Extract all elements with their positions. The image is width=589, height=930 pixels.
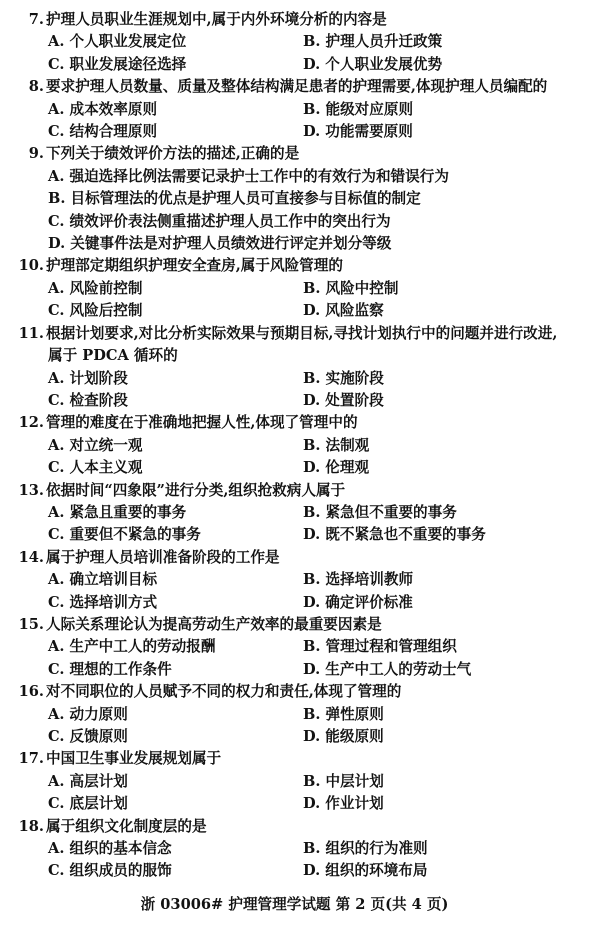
option-d: D. 既不紧急也不重要的事务 [303, 524, 589, 546]
option-b: B. 目标管理法的优点是护理人员可直接参与目标值的制定 [0, 188, 589, 210]
question-11: 11. 根据计划要求,对比分析实际效果与预期目标,寻找计划执行中的问题并进行改进… [0, 323, 589, 413]
question-text: 管理的难度在于准确地把握人性,体现了管理中的 [46, 412, 358, 434]
options-row: A. 对立统一观 B. 法制观 [0, 435, 589, 457]
question-number: 7. [0, 9, 46, 31]
option-c: C. 底层计划 [48, 793, 303, 815]
option-a: A. 紧急且重要的事务 [48, 502, 303, 524]
question-14: 14. 属于护理人员培训准备阶段的工作是 A. 确立培训目标 B. 选择培训教师… [0, 547, 589, 614]
option-b: B. 弹性原则 [303, 704, 589, 726]
option-d: D. 伦理观 [303, 457, 589, 479]
question-18: 18. 属于组织文化制度层的是 A. 组织的基本信念 B. 组织的行为准则 C.… [0, 816, 589, 883]
options-row: C. 重要但不紧急的事务 D. 既不紧急也不重要的事务 [0, 524, 589, 546]
option-c: C. 职业发展途径选择 [48, 54, 303, 76]
option-b: B. 能级对应原则 [303, 99, 589, 121]
question-stem-line: 17. 中国卫生事业发展规划属于 [0, 748, 589, 770]
option-b: B. 中层计划 [303, 771, 589, 793]
question-text: 人际关系理论认为提高劳动生产效率的最重要因素是 [46, 614, 382, 636]
question-15: 15. 人际关系理论认为提高劳动生产效率的最重要因素是 A. 生产中工人的劳动报… [0, 614, 589, 681]
question-9: 9. 下列关于绩效评价方法的描述,正确的是 A. 强迫选择比例法需要记录护士工作… [0, 143, 589, 255]
question-number: 13. [0, 480, 46, 502]
question-stem-line: 9. 下列关于绩效评价方法的描述,正确的是 [0, 143, 589, 165]
question-stem-line: 16. 对不同职位的人员赋予不同的权力和责任,体现了管理的 [0, 681, 589, 703]
question-text: 属于组织文化制度层的是 [46, 816, 207, 838]
option-a: A. 对立统一观 [48, 435, 303, 457]
question-text: 护理部定期组织护理安全查房,属于风险管理的 [46, 255, 343, 277]
question-text: 对不同职位的人员赋予不同的权力和责任,体现了管理的 [46, 681, 401, 703]
question-number: 18. [0, 816, 46, 838]
question-text: 属于护理人员培训准备阶段的工作是 [46, 547, 280, 569]
option-d: D. 风险监察 [303, 300, 589, 322]
option-b: B. 实施阶段 [303, 368, 589, 390]
option-d: D. 生产中工人的劳动士气 [303, 659, 589, 681]
option-c: C. 选择培训方式 [48, 592, 303, 614]
page-footer: 浙 03006# 护理管理学试题 第 2 页(共 4 页) [0, 894, 589, 916]
question-number: 15. [0, 614, 46, 636]
question-16: 16. 对不同职位的人员赋予不同的权力和责任,体现了管理的 A. 动力原则 B.… [0, 681, 589, 748]
question-text: 下列关于绩效评价方法的描述,正确的是 [46, 143, 299, 165]
exam-paper-page: 7. 护理人员职业生涯规划中,属于内外环境分析的内容是 A. 个人职业发展定位 … [0, 0, 589, 930]
options-row: A. 紧急且重要的事务 B. 紧急但不重要的事务 [0, 502, 589, 524]
question-stem-line: 13. 依据时间“四象限”进行分类,组织抢救病人属于 [0, 480, 589, 502]
question-stem-line: 8. 要求护理人员数量、质量及整体结构满足患者的护理需要,体现护理人员编配的 [0, 76, 589, 98]
question-8: 8. 要求护理人员数量、质量及整体结构满足患者的护理需要,体现护理人员编配的 A… [0, 76, 589, 143]
question-number: 9. [0, 143, 46, 165]
option-a: A. 确立培训目标 [48, 569, 303, 591]
options-row: C. 反馈原则 D. 能级原则 [0, 726, 589, 748]
option-a: A. 生产中工人的劳动报酬 [48, 636, 303, 658]
question-stem-line: 12. 管理的难度在于准确地把握人性,体现了管理中的 [0, 412, 589, 434]
option-d: D. 能级原则 [303, 726, 589, 748]
question-stem-line: 10. 护理部定期组织护理安全查房,属于风险管理的 [0, 255, 589, 277]
question-stem-line: 11. 根据计划要求,对比分析实际效果与预期目标,寻找计划执行中的问题并进行改进… [0, 323, 589, 345]
option-d: D. 确定评价标准 [303, 592, 589, 614]
option-b: B. 风险中控制 [303, 278, 589, 300]
option-a: A. 个人职业发展定位 [48, 31, 303, 53]
option-b: B. 紧急但不重要的事务 [303, 502, 589, 524]
options-row: A. 成本效率原则 B. 能级对应原则 [0, 99, 589, 121]
option-d: D. 个人职业发展优势 [303, 54, 589, 76]
option-a: A. 高层计划 [48, 771, 303, 793]
option-c: C. 人本主义观 [48, 457, 303, 479]
question-text: 根据计划要求,对比分析实际效果与预期目标,寻找计划执行中的问题并进行改进, [46, 323, 557, 345]
question-stem-line: 18. 属于组织文化制度层的是 [0, 816, 589, 838]
options-row: C. 人本主义观 D. 伦理观 [0, 457, 589, 479]
question-text: 依据时间“四象限”进行分类,组织抢救病人属于 [46, 480, 345, 502]
question-13: 13. 依据时间“四象限”进行分类,组织抢救病人属于 A. 紧急且重要的事务 B… [0, 480, 589, 547]
question-number: 8. [0, 76, 46, 98]
question-17: 17. 中国卫生事业发展规划属于 A. 高层计划 B. 中层计划 C. 底层计划… [0, 748, 589, 815]
options-row: A. 动力原则 B. 弹性原则 [0, 704, 589, 726]
option-a: A. 动力原则 [48, 704, 303, 726]
options-row: A. 高层计划 B. 中层计划 [0, 771, 589, 793]
option-c: C. 反馈原则 [48, 726, 303, 748]
options-row: A. 风险前控制 B. 风险中控制 [0, 278, 589, 300]
options-row: A. 确立培训目标 B. 选择培训教师 [0, 569, 589, 591]
question-text: 中国卫生事业发展规划属于 [46, 748, 221, 770]
question-stem-line: 14. 属于护理人员培训准备阶段的工作是 [0, 547, 589, 569]
option-b: B. 护理人员升迁政策 [303, 31, 589, 53]
option-c: C. 绩效评价表法侧重描述护理人员工作中的突出行为 [0, 211, 589, 233]
options-row: C. 结构合理原则 D. 功能需要原则 [0, 121, 589, 143]
question-number: 11. [0, 323, 46, 345]
option-b: B. 组织的行为准则 [303, 838, 589, 860]
options-row: C. 检查阶段 D. 处置阶段 [0, 390, 589, 412]
question-text: 要求护理人员数量、质量及整体结构满足患者的护理需要,体现护理人员编配的 [46, 76, 547, 98]
option-a: A. 组织的基本信念 [48, 838, 303, 860]
question-stem-line: 15. 人际关系理论认为提高劳动生产效率的最重要因素是 [0, 614, 589, 636]
options-row: A. 计划阶段 B. 实施阶段 [0, 368, 589, 390]
option-c: C. 风险后控制 [48, 300, 303, 322]
options-row: A. 组织的基本信念 B. 组织的行为准则 [0, 838, 589, 860]
option-a: A. 成本效率原则 [48, 99, 303, 121]
options-row: C. 组织成员的服饰 D. 组织的环境布局 [0, 860, 589, 882]
question-number: 10. [0, 255, 46, 277]
options-row: C. 理想的工作条件 D. 生产中工人的劳动士气 [0, 659, 589, 681]
option-d: D. 功能需要原则 [303, 121, 589, 143]
question-12: 12. 管理的难度在于准确地把握人性,体现了管理中的 A. 对立统一观 B. 法… [0, 412, 589, 479]
option-c: C. 结构合理原则 [48, 121, 303, 143]
option-d: D. 处置阶段 [303, 390, 589, 412]
option-a: A. 风险前控制 [48, 278, 303, 300]
question-number: 17. [0, 748, 46, 770]
options-row: A. 个人职业发展定位 B. 护理人员升迁政策 [0, 31, 589, 53]
option-a: A. 计划阶段 [48, 368, 303, 390]
option-b: B. 选择培训教师 [303, 569, 589, 591]
options-row: A. 生产中工人的劳动报酬 B. 管理过程和管理组织 [0, 636, 589, 658]
question-text: 护理人员职业生涯规划中,属于内外环境分析的内容是 [46, 9, 387, 31]
option-a: A. 强迫选择比例法需要记录护士工作中的有效行为和错误行为 [0, 166, 589, 188]
question-7: 7. 护理人员职业生涯规划中,属于内外环境分析的内容是 A. 个人职业发展定位 … [0, 9, 589, 76]
question-number: 16. [0, 681, 46, 703]
question-stem-line: 7. 护理人员职业生涯规划中,属于内外环境分析的内容是 [0, 9, 589, 31]
option-d: D. 作业计划 [303, 793, 589, 815]
option-b: B. 管理过程和管理组织 [303, 636, 589, 658]
option-d: D. 关键事件法是对护理人员绩效进行评定并划分等级 [0, 233, 589, 255]
option-b: B. 法制观 [303, 435, 589, 457]
options-row: C. 底层计划 D. 作业计划 [0, 793, 589, 815]
question-10: 10. 护理部定期组织护理安全查房,属于风险管理的 A. 风险前控制 B. 风险… [0, 255, 589, 322]
option-c: C. 检查阶段 [48, 390, 303, 412]
question-number: 14. [0, 547, 46, 569]
options-row: C. 选择培训方式 D. 确定评价标准 [0, 592, 589, 614]
option-c: C. 组织成员的服饰 [48, 860, 303, 882]
option-d: D. 组织的环境布局 [303, 860, 589, 882]
options-row: C. 风险后控制 D. 风险监察 [0, 300, 589, 322]
question-text-continued: 属于 PDCA 循环的 [0, 345, 589, 367]
options-row: C. 职业发展途径选择 D. 个人职业发展优势 [0, 54, 589, 76]
option-c: C. 理想的工作条件 [48, 659, 303, 681]
question-number: 12. [0, 412, 46, 434]
option-c: C. 重要但不紧急的事务 [48, 524, 303, 546]
